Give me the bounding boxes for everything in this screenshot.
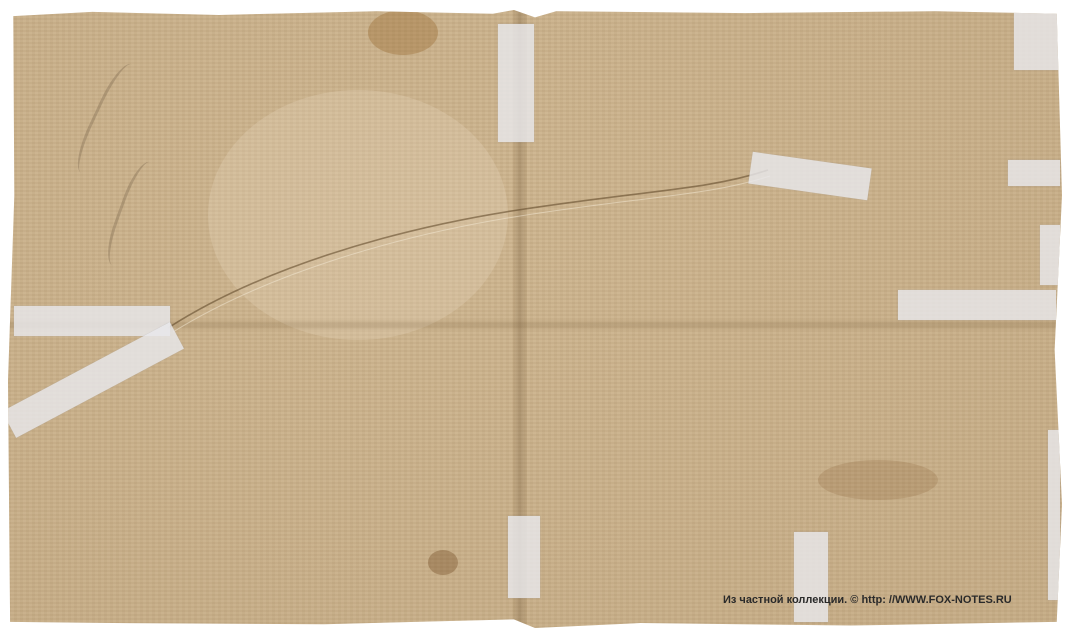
tape-strip — [898, 290, 1056, 320]
tape-strip — [1008, 160, 1060, 186]
tape-strip — [1014, 10, 1060, 70]
tape-strip — [498, 24, 534, 142]
tape-strip — [1040, 225, 1060, 285]
watermark-caption: Из частной коллекции. © http: //WWW.FOX-… — [723, 594, 1012, 606]
tape-strip — [508, 516, 540, 598]
tape-strip — [794, 532, 828, 622]
banknote-reverse — [8, 10, 1062, 628]
tape-strip — [1048, 430, 1060, 600]
tape-strip — [14, 306, 170, 336]
